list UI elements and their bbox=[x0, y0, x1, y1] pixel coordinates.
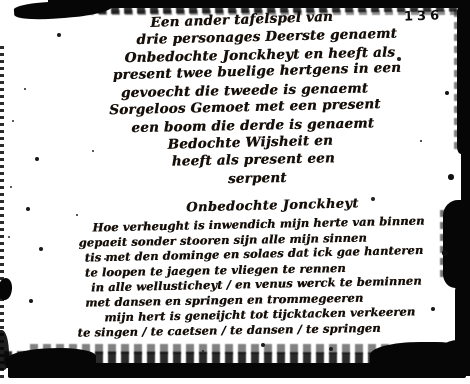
title-line-10: serpent bbox=[228, 170, 287, 187]
speaker-heading: Onbedochte Jonckheyt bbox=[186, 196, 359, 215]
manuscript-scan: 136 Een ander tafelspel van drie persona… bbox=[0, 0, 470, 384]
title-line-8: Bedochte Wijsheit en bbox=[167, 133, 333, 153]
verse-line-1: Hoe verheught is inwendich mijn herte va… bbox=[92, 214, 424, 235]
title-line-7: een boom die derde is genaemt bbox=[131, 115, 374, 136]
manuscript-text-block: Een ander tafelspel van drie personages … bbox=[0, 0, 470, 384]
title-line-9: heeft als present een bbox=[172, 150, 335, 169]
